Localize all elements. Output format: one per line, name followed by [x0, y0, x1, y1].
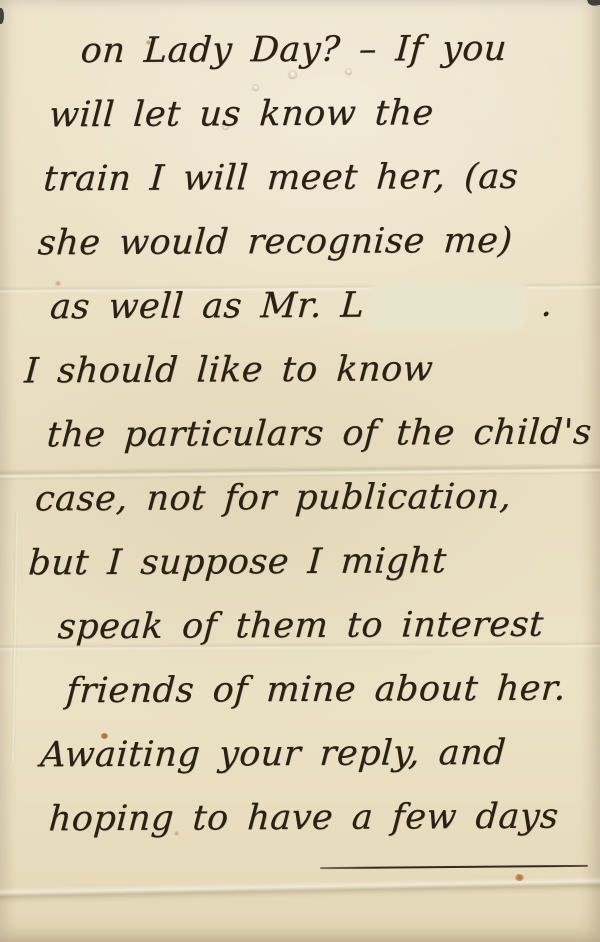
letter-line: speak of them to interest	[55, 604, 600, 671]
letter-lines: on Lady Day? – If youwill let us know th…	[0, 28, 600, 863]
fold-crease	[0, 876, 600, 904]
letter-line: on Lady Day? – If you	[78, 28, 600, 95]
letter-line: train I will meet her, (as	[41, 156, 600, 223]
letter-line-text: will let us know the	[48, 93, 435, 135]
letter-line: she would recognise me)	[35, 220, 600, 287]
letter-line: Awaiting your reply, and	[38, 732, 600, 799]
letter-line: case, not for publication,	[32, 476, 600, 543]
letter-line-text: friends of mine about her.	[65, 669, 567, 712]
letter-line: hoping to have a few days	[46, 796, 600, 863]
letter-line: the particulars of the child's	[44, 412, 600, 479]
letter-line-text: case, not for publication,	[34, 477, 513, 520]
foxing-spot	[515, 874, 524, 881]
letter-line-suffix: .	[521, 285, 554, 325]
letter-line-text: Awaiting your reply, and	[39, 733, 507, 775]
letter-line-text: speak of them to interest	[56, 605, 544, 648]
letter-page: on Lady Day? – If youwill let us know th…	[0, 0, 600, 942]
letter-line: but I suppose I might	[26, 540, 600, 607]
letter-line: as well as Mr. L .	[47, 284, 600, 351]
letter-line-text: but I suppose I might	[27, 541, 448, 583]
scan-edge-artifact-top-right	[587, 0, 600, 8]
letter-line-text: I should like to know	[23, 349, 434, 391]
letter-line-text: the particulars of the child's	[45, 412, 592, 455]
letter-line-text: hoping to have a few days	[47, 797, 559, 840]
ink-underline	[320, 865, 588, 869]
letter-line: friends of mine about her.	[63, 668, 600, 735]
scan-edge-artifact-top-left	[0, 8, 4, 24]
letter-line: I should like to know	[22, 348, 600, 415]
letter-line-text: she would recognise me)	[36, 221, 513, 263]
redacted-name	[371, 286, 524, 327]
letter-line: will let us know the	[46, 92, 600, 159]
letter-line-text: on Lady Day? – If you	[79, 29, 508, 71]
letter-line-text: train I will meet her, (as	[42, 157, 519, 200]
letter-line-text: as well as Mr. L	[49, 286, 366, 328]
